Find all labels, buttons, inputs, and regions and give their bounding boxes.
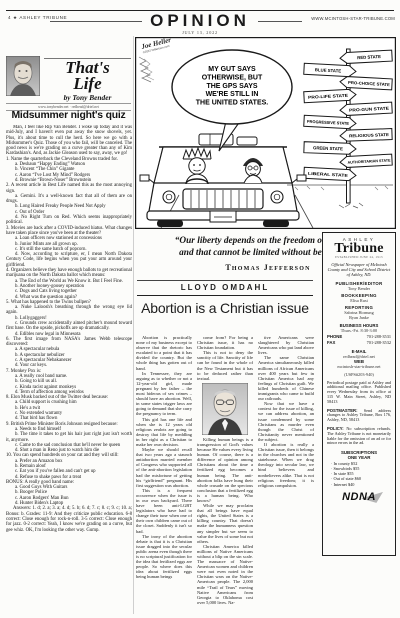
article-paragraph: tive Americans were slaughtered by Chris… bbox=[258, 335, 314, 355]
bubble-line: WE'RE STILL IN bbox=[206, 91, 259, 98]
article-paragraph: Killing human beings is a transgression … bbox=[197, 437, 253, 503]
omdahl-top-rule bbox=[137, 280, 313, 281]
quiz-line: Answers: 1. d; 2. a; 3. a; 4. d; 5. b; 6… bbox=[6, 506, 132, 532]
quiz-line: 3. Movies are back after a COVID-induced… bbox=[6, 226, 132, 237]
column-byline: by Tony Bender bbox=[44, 93, 131, 102]
article-paragraph: The irony of the abortion debate is that… bbox=[136, 534, 192, 580]
article-paragraph: In Tennessee, they are arguing as to whe… bbox=[136, 371, 192, 417]
article-paragraph: This is a frequent occurrence when the i… bbox=[136, 488, 192, 534]
quiz-line: d. No Right Turn on Red. Which seems ina… bbox=[6, 215, 132, 226]
header-right-dash bbox=[258, 21, 302, 22]
masthead-box: ASHLEY Tribune ESTABLISHED JUNE 24, 1913… bbox=[322, 232, 396, 556]
quiz-line: 6. The first image from NASA's James Web… bbox=[6, 337, 132, 348]
quiz-line: Man, I feel like Rip Van Bender. I woke … bbox=[6, 125, 132, 157]
omdahl-headline-rule bbox=[137, 295, 313, 296]
omdahl-column-2-top: come from? For being a Christian issue, … bbox=[197, 335, 253, 381]
phone-label: PHONE bbox=[327, 334, 342, 339]
masthead-established: ESTABLISHED JUNE 24, 1913 bbox=[327, 255, 391, 259]
issue-date: JULY 13, 2022 bbox=[0, 30, 400, 35]
quiz-line: d. Now, according to scripture, er, I me… bbox=[6, 252, 132, 268]
article-paragraph: Abortion is practically none of my busin… bbox=[136, 335, 192, 371]
fax-number: 701-288-3532 bbox=[367, 340, 391, 345]
quiz-line: a. Gemini. It's a well-known fact that a… bbox=[6, 194, 132, 205]
policy-notice: POLICY: No subscription refunds. The Ash… bbox=[327, 427, 391, 447]
ndna-logo: NDNA bbox=[327, 491, 391, 505]
web-address: mcintosh-star-tribune.net bbox=[327, 364, 391, 369]
column-title-line1: That's bbox=[44, 60, 131, 75]
omdahl-column-1: Abortion is practically none of my busin… bbox=[136, 335, 192, 614]
usps-number: (USPS#203-940) bbox=[327, 372, 391, 377]
omdahl-headline: Abortion is a Christian issue bbox=[135, 300, 315, 316]
column-divider bbox=[133, 36, 134, 614]
article-paragraph: Christian America killed millions of Nat… bbox=[197, 544, 253, 605]
car-with-liberty bbox=[140, 134, 306, 227]
ndna-text: NDNA bbox=[327, 491, 391, 503]
quiz-line: b. The time it takes to get his hair jus… bbox=[6, 432, 132, 443]
sign-label: GREEN STATE bbox=[313, 145, 343, 151]
subscription-rates: · In county $52· Snowbirds $55· In state… bbox=[331, 461, 391, 487]
website-url: WWW.MCINTOSH-STAR-TRIBUNE.COM bbox=[311, 16, 395, 21]
tony-bender-portrait bbox=[6, 56, 40, 96]
article-paragraph: This is not to deny the sanctity of life… bbox=[197, 350, 253, 381]
phone-number: 701-288-3531 bbox=[367, 334, 391, 339]
omdahl-column-2: come from? For being a Christian issue, … bbox=[197, 335, 253, 614]
quiz-line: c. Grounds crew accidentally aimed pitch… bbox=[6, 321, 132, 332]
bubble-line: THE GPS SAYS bbox=[206, 83, 257, 90]
masthead-logo: Tribune bbox=[327, 242, 391, 255]
article-paragraph: While we may proclaim that all beings ha… bbox=[197, 503, 253, 544]
newspaper-opinion-page: 4 ★ ASHLEY TRIBUNE OPINION JULY 13, 2022… bbox=[0, 0, 400, 618]
quiz-line: a. Nuke Laloosh's breathing through the … bbox=[6, 305, 132, 316]
article-paragraph: Maybe we should recall that two years ag… bbox=[136, 447, 192, 488]
staff-names: Tony Bender bbox=[327, 286, 391, 291]
subscription-rate: · Internet $40 bbox=[331, 482, 391, 487]
bubble-line: OTHERWISE, BUT bbox=[202, 74, 263, 81]
staff-names: Elisa Rust bbox=[327, 298, 391, 303]
column-title-line2: Life bbox=[44, 76, 131, 91]
editorial-cartoon: Joe Heller ©2022 hellertoon.com RED STAT… bbox=[135, 37, 396, 234]
fax-label: FAX bbox=[327, 340, 335, 345]
postmaster-notice: POSTMASTER: Send address changes to Ashl… bbox=[327, 409, 391, 424]
staff-names: Sabrina Hornung Ryan Janke bbox=[327, 310, 391, 320]
quiz-line: 2. A recent article in Best Life named t… bbox=[6, 183, 132, 194]
article-paragraph: Now that we have a context for the issue… bbox=[258, 401, 314, 442]
bubble-line: THE UNITED STATES. bbox=[196, 100, 269, 107]
periodical-notice: Periodical postage paid at Ashley and ad… bbox=[327, 381, 391, 406]
staff-role: PUBLISHER/EDITOR bbox=[327, 281, 391, 286]
business-hours: Thurs.-Fri. 8:30-3:00 bbox=[327, 328, 391, 333]
bubble-line: MY GUT SAYS bbox=[208, 66, 256, 73]
article-paragraph: come from? For being a Christian issue, … bbox=[197, 335, 253, 350]
article-paragraph: If abortion is really a Christian issue,… bbox=[258, 442, 314, 488]
quiz-line: 10. You can spend hundreds on your cat a… bbox=[6, 453, 132, 458]
quiz-body-text: Man, I feel like Rip Van Bender. I woke … bbox=[6, 125, 132, 613]
subscriptions-title: SUBSCRIPTIONS ONE YEAR bbox=[327, 450, 391, 460]
omdahl-portrait bbox=[202, 383, 248, 435]
quiz-line: 4. Organizers believe they have enough b… bbox=[6, 268, 132, 279]
section-title: OPINION bbox=[0, 11, 400, 31]
omdahl-byline: LLOYD OMDAHL bbox=[137, 283, 313, 292]
masthead-official-text: Official Newspaper of McIntosh County an… bbox=[327, 262, 391, 277]
article-paragraph: This girl has one life and when she is 1… bbox=[136, 417, 192, 448]
omdahl-column-2-bottom: Killing human beings is a transgression … bbox=[197, 437, 253, 605]
tony-bender-photo bbox=[6, 56, 40, 96]
omdahl-column-3: tive Americans were slaughtered by Chris… bbox=[258, 335, 314, 614]
article-paragraph: The same Christian America simultaneousl… bbox=[258, 355, 314, 401]
lloyd-omdahl-photo bbox=[202, 383, 248, 435]
cartoon-panel: Joe Heller ©2022 hellertoon.com RED STAT… bbox=[135, 37, 396, 229]
quiz-headline: Midsummer night's quiz bbox=[5, 110, 132, 121]
